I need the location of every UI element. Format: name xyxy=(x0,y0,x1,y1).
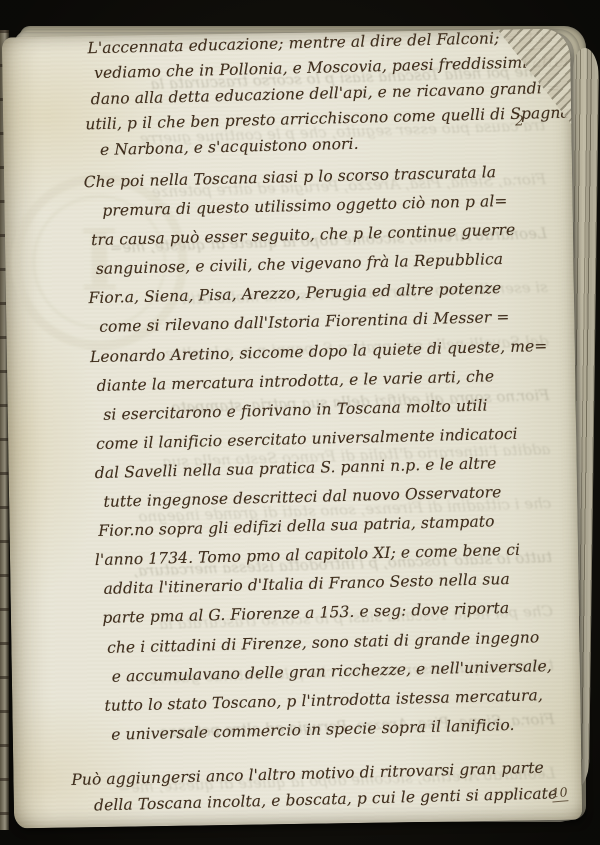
manuscript-page: Che poi nella Toscana siasi p lo scorso … xyxy=(2,29,582,829)
paragraph-3: Può aggiungersi anco l'altro motivo di r… xyxy=(71,754,558,819)
page-number: 2 xyxy=(515,113,524,129)
paragraph-2: Che poi nella Toscana siasi p lo scorso … xyxy=(83,157,557,750)
folio-mark: 10 xyxy=(551,784,568,802)
paragraph-1: L'accennata educazione; mentre al dire d… xyxy=(87,29,581,164)
manuscript-scan: Che poi nella Toscana siasi p lo scorso … xyxy=(0,0,600,845)
